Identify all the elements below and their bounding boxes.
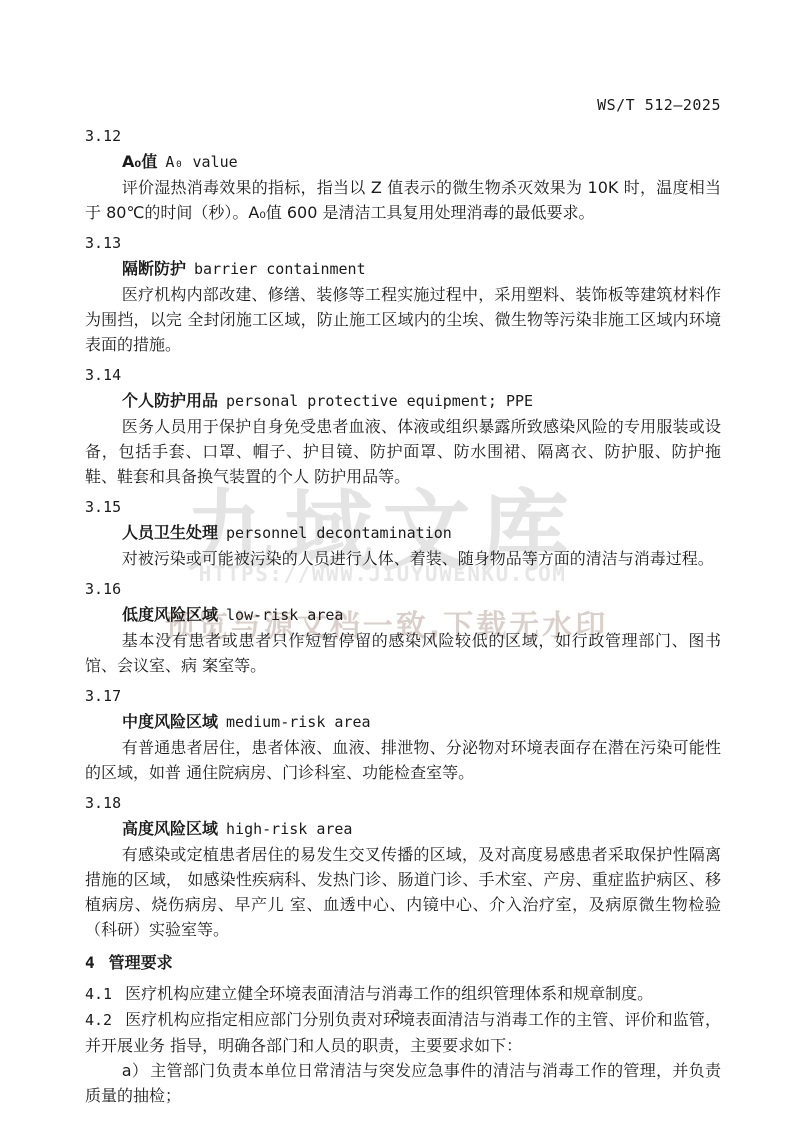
term-heading: 人员卫生处理personnel decontamination bbox=[85, 520, 721, 546]
term-number: 3.15 bbox=[85, 495, 721, 520]
term-en-label: high-risk area bbox=[226, 820, 352, 838]
term-zh-label: 人员卫生处理 bbox=[122, 523, 218, 542]
term-number: 3.14 bbox=[85, 363, 721, 388]
term-number: 3.12 bbox=[85, 124, 721, 149]
term-definition: 有感染或定植患者居住的易发生交叉传播的区域，及对高度易感患者采取保护性隔离措施的… bbox=[85, 842, 721, 942]
term-zh-label: 高度风险区域 bbox=[122, 819, 218, 838]
term-en-label: A₀ value bbox=[165, 153, 237, 171]
clause-number: 4.1 bbox=[85, 985, 112, 1003]
page-number: 3 bbox=[0, 1008, 793, 1024]
clause-4-1: 4.1医疗机构应建立健全环境表面清洁与消毒工作的组织管理体系和规章制度。 bbox=[85, 981, 721, 1007]
term-en-label: personnel decontamination bbox=[226, 524, 452, 542]
clause-text: 医疗机构应建立健全环境表面清洁与消毒工作的组织管理体系和规章制度。 bbox=[125, 984, 653, 1003]
term-zh-label: 低度风险区域 bbox=[122, 605, 218, 624]
list-item-text: 主管部门负责本单位日常清洁与突发应急事件的清洁与消毒工作的管理，并负责质量的抽检… bbox=[85, 1061, 721, 1105]
term-zh-label: 中度风险区域 bbox=[122, 712, 218, 731]
term-zh-label: 隔断防护 bbox=[122, 259, 186, 278]
term-definition: 有普通患者居住，患者体液、血液、排泄物、分泌物对环境表面存在潜在污染可能性的区域… bbox=[85, 735, 721, 785]
term-heading: 低度风险区域low-risk area bbox=[85, 602, 721, 628]
term-zh-label: A₀值 bbox=[122, 152, 157, 171]
term-definition: 评价湿热消毒效果的指标，指当以 Z 值表示的微生物杀灭效果为 10K 时，温度相… bbox=[85, 175, 721, 225]
term-number: 3.13 bbox=[85, 231, 721, 256]
term-section-3-12: 3.12 A₀值A₀ value 评价湿热消毒效果的指标，指当以 Z 值表示的微… bbox=[85, 124, 721, 225]
chapter-number: 4 bbox=[85, 953, 95, 972]
term-definition: 基本没有患者或患者只作短暂停留的感染风险较低的区域，如行政管理部门、图书馆、会议… bbox=[85, 628, 721, 678]
term-heading: 个人防护用品personal protective equipment; PPE bbox=[85, 388, 721, 414]
term-heading: 隔断防护barrier containment bbox=[85, 256, 721, 282]
term-en-label: barrier containment bbox=[194, 260, 366, 278]
term-en-label: low-risk area bbox=[226, 606, 343, 624]
term-zh-label: 个人防护用品 bbox=[122, 391, 218, 410]
term-definition: 医疗机构内部改建、修缮、装修等工程实施过程中，采用塑料、装饰板等建筑材料作为围挡… bbox=[85, 282, 721, 357]
term-section-3-14: 3.14 个人防护用品personal protective equipment… bbox=[85, 363, 721, 489]
term-heading: 高度风险区域high-risk area bbox=[85, 816, 721, 842]
term-en-label: personal protective equipment; PPE bbox=[226, 392, 533, 410]
term-number: 3.18 bbox=[85, 791, 721, 816]
term-definition: 对被污染或可能被污染的人员进行人体、着装、随身物品等方面的清洁与消毒过程。 bbox=[85, 546, 721, 571]
list-item-a: a）主管部门负责本单位日常清洁与突发应急事件的清洁与消毒工作的管理，并负责质量的… bbox=[85, 1058, 721, 1108]
document-code-header: WS/T 512—2025 bbox=[85, 93, 721, 118]
term-heading: A₀值A₀ value bbox=[85, 149, 721, 175]
term-section-3-13: 3.13 隔断防护barrier containment 医疗机构内部改建、修缮… bbox=[85, 231, 721, 357]
term-section-3-17: 3.17 中度风险区域medium-risk area 有普通患者居住，患者体液… bbox=[85, 684, 721, 785]
document-page: WS/T 512—2025 3.12 A₀值A₀ value 评价湿热消毒效果的… bbox=[0, 0, 793, 1122]
term-en-label: medium-risk area bbox=[226, 713, 371, 731]
term-definition: 医务人员用于保护自身免受患者血液、体液或组织暴露所致感染风险的专用服装或设备，包… bbox=[85, 414, 721, 489]
list-item-label: a） bbox=[122, 1061, 148, 1080]
term-heading: 中度风险区域medium-risk area bbox=[85, 709, 721, 735]
term-section-3-15: 3.15 人员卫生处理personnel decontamination 对被污… bbox=[85, 495, 721, 571]
term-number: 3.16 bbox=[85, 577, 721, 602]
chapter-heading: 4管理要求 bbox=[85, 950, 721, 975]
term-section-3-18: 3.18 高度风险区域high-risk area 有感染或定植患者居住的易发生… bbox=[85, 791, 721, 942]
chapter-title: 管理要求 bbox=[109, 953, 173, 972]
term-section-3-16: 3.16 低度风险区域low-risk area 基本没有患者或患者只作短暂停留… bbox=[85, 577, 721, 678]
term-number: 3.17 bbox=[85, 684, 721, 709]
